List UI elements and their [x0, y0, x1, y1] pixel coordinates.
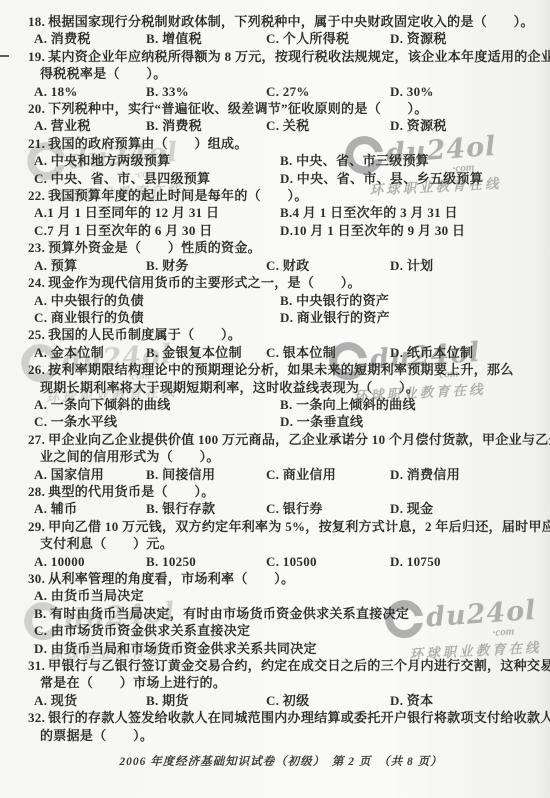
- options-row: A. 辅币B. 银行存款C. 银行券D. 现金: [28, 500, 534, 517]
- option-a: A. 金本位制: [34, 344, 146, 361]
- option-d: D. 资源税: [390, 30, 534, 47]
- question-stem-cont: 支付利息（ ）元。: [28, 535, 534, 552]
- option-b: B. 消费税: [146, 117, 266, 134]
- option-c: C.7 月 1 日至次年的 6 月 30 日: [34, 222, 280, 239]
- options-row: A.1 月 1 日至同年的 12 月 31 日B.4 月 1 日至次年的 3 月…: [28, 204, 534, 239]
- question-18: 18.根据国家现行分税制财政体制，下列税种中，属于中央财政固定收入的是（ ）。A…: [28, 13, 534, 48]
- option-c: C. 个人所得税: [266, 30, 390, 47]
- question-number: 27.: [28, 432, 45, 447]
- question-number: 24.: [28, 275, 45, 290]
- option-d: D. 计划: [390, 257, 534, 274]
- question-24: 24.现金作为现代信用货币的主要形式之一，是（ ）。A. 中央银行的负债B. 中…: [28, 274, 534, 326]
- option-b: B. 有时由货币当局决定，有时由市场货币资金供求关系直接决定: [34, 605, 534, 622]
- option-b: B. 期货: [146, 692, 266, 709]
- option-d: D.10 月 1 日至次年的 9 月 30 日: [280, 222, 534, 239]
- option-d: D. 纸币本位制: [390, 344, 534, 361]
- option-d: D. 一条垂直线: [280, 413, 534, 430]
- option-a: A. 预算: [34, 257, 146, 274]
- option-d: D. 由货币当局和市场货币资金供求关系共同决定: [34, 640, 534, 657]
- option-b: B. 财务: [146, 257, 266, 274]
- question-30: 30.从利率管理的角度看，市场利率（ ）。A. 由货币当局决定B. 有时由货币当…: [28, 570, 534, 657]
- page-footer: 2006 年度经济基础知识试卷（初级） 第 2 页 （共 8 页）: [28, 753, 534, 769]
- question-number: 31.: [28, 658, 45, 673]
- options-row: A. 消费税B. 增值税C. 个人所得税D. 资源税: [28, 30, 534, 47]
- question-number: 18.: [28, 14, 45, 29]
- question-stem-cont: 现期长期利率将大于现期短期利率，这时收益线表现为（ ）。: [28, 379, 534, 396]
- question-29: 29.甲向乙借 10 万元钱，双方约定年利率为 5%，按复利方式计息，2 年后归…: [28, 518, 534, 570]
- option-a: A. 18%: [34, 83, 146, 100]
- question-stem: 26.按利率期限结构理论中的预期理论分析，如果未来的短期利率预期要上升，那么: [28, 361, 534, 378]
- option-d: D. 中央、省、市、县、乡五级预算: [280, 170, 534, 187]
- question-31: 31.甲银行与乙银行签订黄金交易合约，约定在成交日之后的三个月内进行交割，这种交…: [28, 657, 534, 709]
- option-d: D. 30%: [390, 83, 534, 100]
- question-stem: 21.我国的政府预算由（ ）组成。: [28, 135, 534, 152]
- option-b: B. 增值税: [146, 30, 266, 47]
- option-d: D. 商业银行的资产: [280, 309, 534, 326]
- question-stem: 31.甲银行与乙银行签订黄金交易合约，约定在成交日之后的三个月内进行交割，这种交…: [28, 657, 534, 674]
- question-stem: 30.从利率管理的角度看，市场利率（ ）。: [28, 570, 534, 587]
- question-23: 23.预算外资金是（ ）性质的资金。A. 预算B. 财务C. 财政D. 计划: [28, 239, 534, 274]
- option-b: B. 银行存款: [146, 500, 266, 517]
- question-number: 19.: [28, 49, 45, 64]
- option-a: A. 现货: [34, 692, 146, 709]
- option-b: B. 中央银行的资产: [280, 292, 534, 309]
- option-c: C. 商业银行的负债: [34, 309, 280, 326]
- question-stem-cont: 的票据是（ ）。: [28, 727, 534, 744]
- question-28: 28.典型的代用货币是（ ）。A. 辅币B. 银行存款C. 银行券D. 现金: [28, 483, 534, 518]
- option-c: C. 商业信用: [266, 466, 390, 483]
- options-row: A. 中央银行的负债B. 中央银行的资产C. 商业银行的负债D. 商业银行的资产: [28, 292, 534, 327]
- option-b: B. 中央、省、市三级预算: [280, 152, 534, 169]
- option-a: A. 国家信用: [34, 466, 146, 483]
- option-a: A. 由货币当局决定: [34, 587, 534, 604]
- question-stem: 18.根据国家现行分税制财政体制，下列税种中，属于中央财政固定收入的是（ ）。: [28, 13, 534, 30]
- question-26: 26.按利率期限结构理论中的预期理论分析，如果未来的短期利率预期要上升，那么现期…: [28, 361, 534, 431]
- options-row: A. 中央和地方两级预算B. 中央、省、市三级预算C. 中央、省、市、县四级预算…: [28, 152, 534, 187]
- option-c: C. 关税: [266, 117, 390, 134]
- option-a: A. 辅币: [34, 500, 146, 517]
- question-number: 29.: [28, 519, 45, 534]
- option-d: D. 10750: [390, 553, 534, 570]
- options-row: A. 金本位制B. 金银复本位制C. 银本位制D. 纸币本位制: [28, 344, 534, 361]
- option-b: B.4 月 1 日至次年的 3 月 31 日: [280, 204, 534, 221]
- question-stem: 23.预算外资金是（ ）性质的资金。: [28, 239, 534, 256]
- question-stem: 19.某内资企业年应纳税所得额为 8 万元，按现行税收法规规定，该企业本年度适用…: [28, 48, 534, 65]
- margin-mark: [0, 55, 9, 57]
- question-stem: 32.银行的存款人签发给收款人在同城范围内办理结算或委托开户银行将款项支付给收款…: [28, 709, 534, 726]
- option-b: B. 33%: [146, 83, 266, 100]
- option-a: A. 消费税: [34, 30, 146, 47]
- question-stem: 29.甲向乙借 10 万元钱，双方约定年利率为 5%，按复利方式计息，2 年后归…: [28, 518, 534, 535]
- question-number: 25.: [28, 327, 45, 342]
- question-stem: 20.下列税种中，实行“普遍征收、级差调节”征收原则的是（ ）。: [28, 100, 534, 117]
- options-row: A. 18%B. 33%C. 27%D. 30%: [28, 83, 534, 100]
- question-stem: 22.我国预算年度的起止时间是每年的（ ）。: [28, 187, 534, 204]
- option-a: A. 一条向下倾斜的曲线: [34, 396, 280, 413]
- option-b: B. 10250: [146, 553, 266, 570]
- question-number: 26.: [28, 362, 45, 377]
- option-c: C. 10500: [266, 553, 390, 570]
- question-stem-cont: 得税税率是（ ）。: [28, 65, 534, 82]
- option-d: D. 资源税: [390, 117, 534, 134]
- option-c: C. 银本位制: [266, 344, 390, 361]
- option-a: A. 营业税: [34, 117, 146, 134]
- option-c: C. 初级: [266, 692, 390, 709]
- option-a: A. 10000: [34, 553, 146, 570]
- option-c: C. 一条水平线: [34, 413, 280, 430]
- option-a: A.1 月 1 日至同年的 12 月 31 日: [34, 204, 280, 221]
- question-stem: 25.我国的人民币制度属于（ ）。: [28, 326, 534, 343]
- question-19: 19.某内资企业年应纳税所得额为 8 万元，按现行税收法规规定，该企业本年度适用…: [28, 48, 534, 100]
- question-21: 21.我国的政府预算由（ ）组成。A. 中央和地方两级预算B. 中央、省、市三级…: [28, 135, 534, 187]
- question-number: 32.: [28, 710, 45, 725]
- option-d: D. 消费信用: [390, 466, 534, 483]
- question-number: 22.: [28, 188, 45, 203]
- question-stem: 24.现金作为现代信用货币的主要形式之一，是（ ）。: [28, 274, 534, 291]
- exam-page: 18.根据国家现行分税制财政体制，下列税种中，属于中央财政固定收入的是（ ）。A…: [0, 0, 550, 798]
- options-row: A. 一条向下倾斜的曲线B. 一条向上倾斜的曲线C. 一条水平线D. 一条垂直线: [28, 396, 534, 431]
- question-stem: 28.典型的代用货币是（ ）。: [28, 483, 534, 500]
- question-27: 27.甲企业向乙企业提供价值 100 万元商品，乙企业承诺分 10 个月偿付货款…: [28, 431, 534, 483]
- option-c: C. 中央、省、市、县四级预算: [34, 170, 280, 187]
- option-b: B. 间接信用: [146, 466, 266, 483]
- option-b: B. 一条向上倾斜的曲线: [280, 396, 534, 413]
- question-20: 20.下列税种中，实行“普遍征收、级差调节”征收原则的是（ ）。A. 营业税B.…: [28, 100, 534, 135]
- option-d: D. 资本: [390, 692, 534, 709]
- options-row: A. 营业税B. 消费税C. 关税D. 资源税: [28, 117, 534, 134]
- question-list: 18.根据国家现行分税制财政体制，下列税种中，属于中央财政固定收入的是（ ）。A…: [28, 13, 534, 744]
- question-stem-cont: 常是在（ ）市场上进行的。: [28, 674, 534, 691]
- option-d: D. 现金: [390, 500, 534, 517]
- options-row: A. 国家信用B. 间接信用C. 商业信用D. 消费信用: [28, 466, 534, 483]
- option-a: A. 中央和地方两级预算: [34, 152, 280, 169]
- options-row: A. 由货币当局决定B. 有时由货币当局决定，有时由市场货币资金供求关系直接决定…: [28, 587, 534, 657]
- question-stem: 27.甲企业向乙企业提供价值 100 万元商品，乙企业承诺分 10 个月偿付货款…: [28, 431, 534, 448]
- question-number: 28.: [28, 484, 45, 499]
- question-number: 23.: [28, 240, 45, 255]
- question-number: 20.: [28, 101, 45, 116]
- question-22: 22.我国预算年度的起止时间是每年的（ ）。A.1 月 1 日至同年的 12 月…: [28, 187, 534, 239]
- question-number: 21.: [28, 136, 45, 151]
- option-c: C. 银行券: [266, 500, 390, 517]
- options-row: A. 现货B. 期货C. 初级D. 资本: [28, 692, 534, 709]
- option-c: C. 由市场货币资金供求关系直接决定: [34, 622, 534, 639]
- option-a: A. 中央银行的负债: [34, 292, 280, 309]
- options-row: A. 预算B. 财务C. 财政D. 计划: [28, 257, 534, 274]
- question-stem-cont: 业之间的信用形式为（ ）。: [28, 448, 534, 465]
- options-row: A. 10000B. 10250C. 10500D. 10750: [28, 553, 534, 570]
- question-32: 32.银行的存款人签发给收款人在同城范围内办理结算或委托开户银行将款项支付给收款…: [28, 709, 534, 744]
- option-c: C. 财政: [266, 257, 390, 274]
- option-b: B. 金银复本位制: [146, 344, 266, 361]
- question-number: 30.: [28, 571, 45, 586]
- question-25: 25.我国的人民币制度属于（ ）。A. 金本位制B. 金银复本位制C. 银本位制…: [28, 326, 534, 361]
- option-c: C. 27%: [266, 83, 390, 100]
